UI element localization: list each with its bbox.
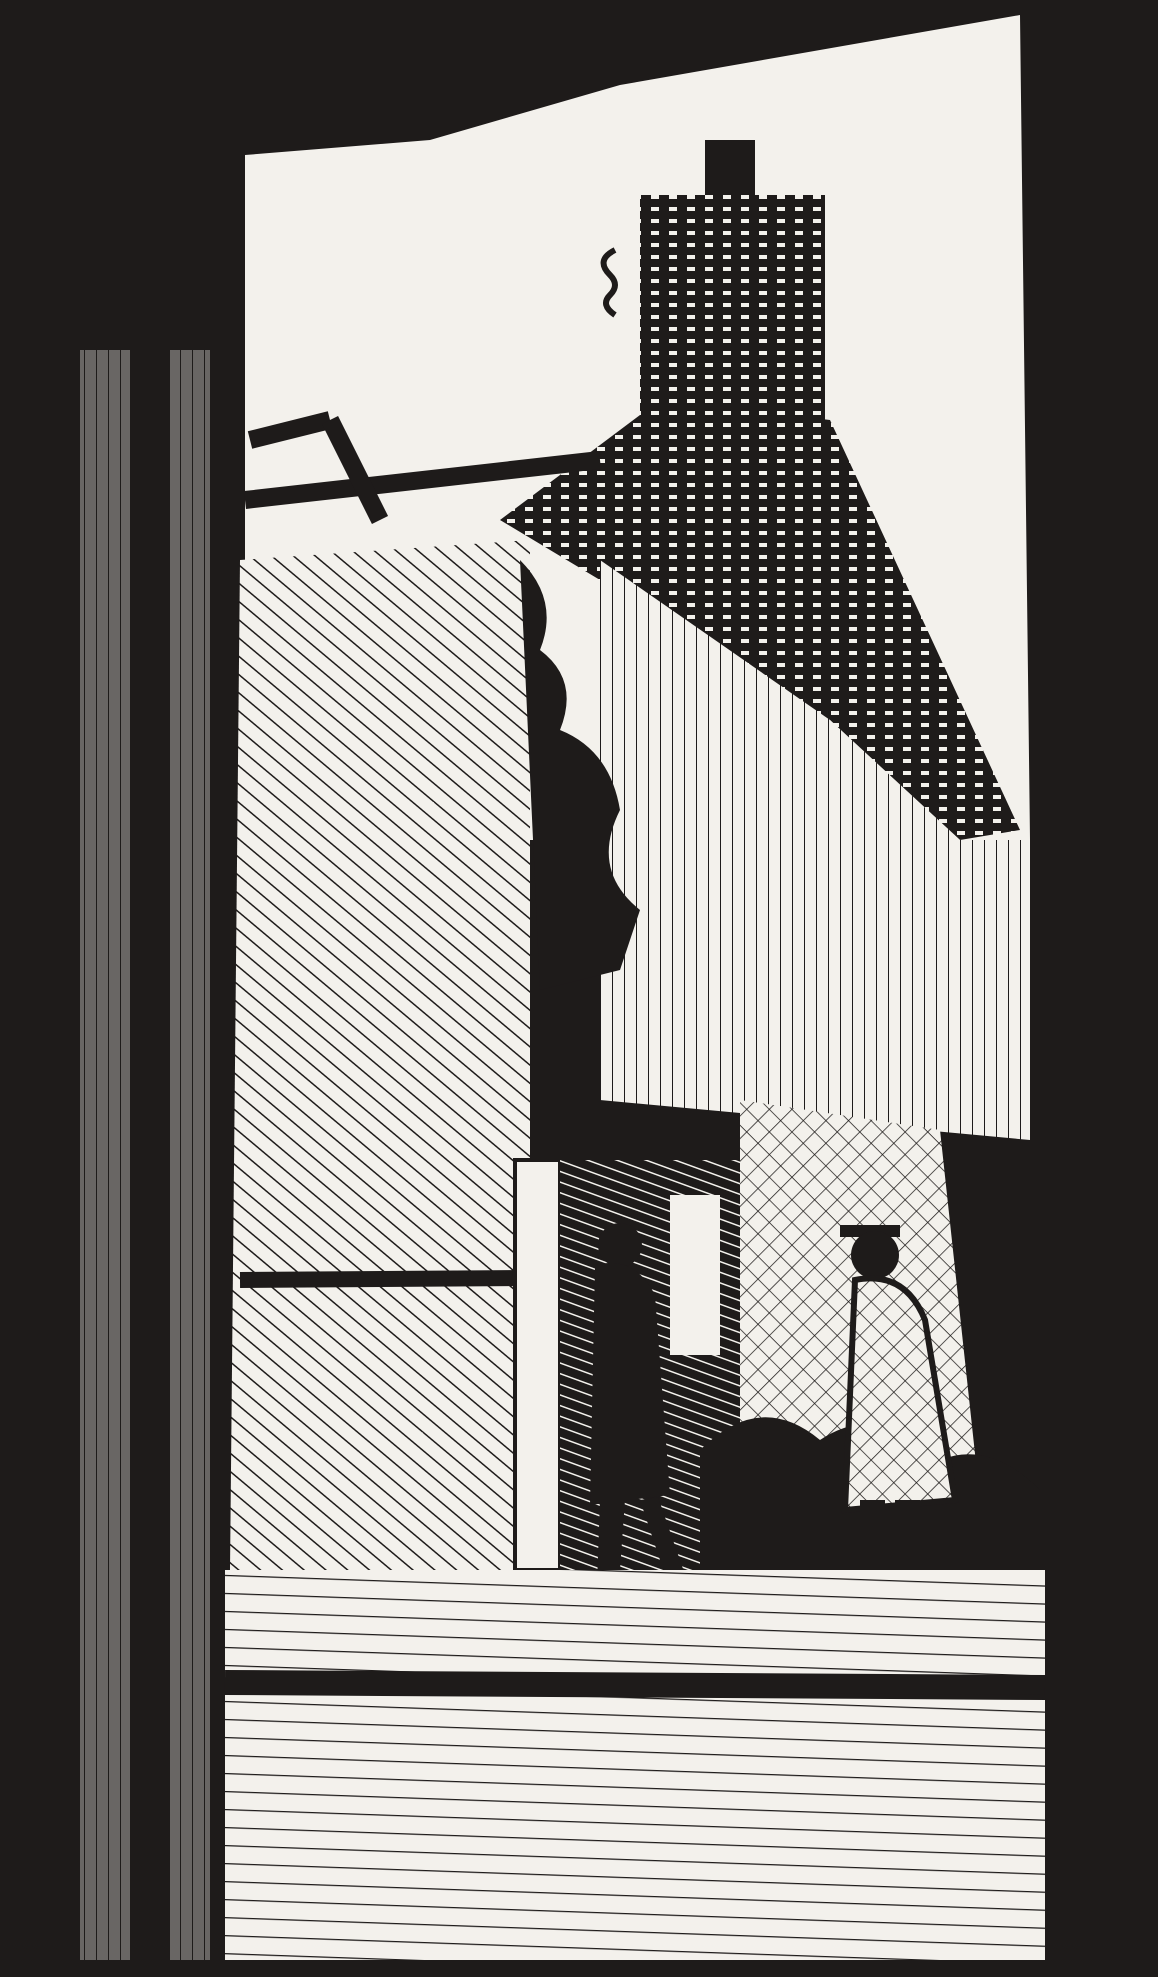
wall-ledge [240, 1278, 530, 1280]
ink-illustration [0, 0, 1158, 1977]
door-pillar [515, 1160, 560, 1570]
road [225, 1695, 1045, 1960]
pavement [225, 1570, 1045, 1680]
side-wall [230, 540, 530, 1570]
jamb-post [130, 350, 170, 1960]
kerb [225, 1680, 1045, 1685]
door-window [670, 1195, 720, 1355]
